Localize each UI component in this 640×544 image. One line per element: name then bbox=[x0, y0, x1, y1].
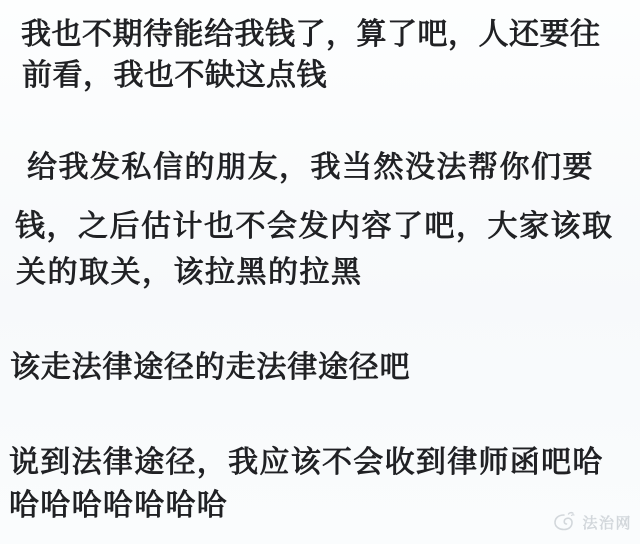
post-text-screenshot: 我也不期待能给我钱了，算了吧，人还要往 前看，我也不缺这点钱 给我发私信的朋友，… bbox=[0, 0, 640, 544]
post-text-line: 该走法律途径的走法律途径吧 bbox=[10, 352, 410, 384]
post-text-line: 说到法律途径，我应该不会收到律师函吧哈 bbox=[9, 447, 604, 479]
post-text-line: 给我发私信的朋友，我当然没法帮你们要 bbox=[27, 152, 594, 184]
post-text-line: 钱，之后估计也不会发内容了吧，大家该取 bbox=[15, 211, 614, 243]
post-text-line: 前看，我也不缺这点钱 bbox=[22, 60, 327, 92]
fazhiwang-logo-icon bbox=[551, 510, 577, 534]
watermark-label: 法治网 bbox=[582, 512, 632, 533]
post-text-line: 哈哈哈哈哈哈哈 bbox=[9, 490, 228, 522]
post-text-line: 我也不期待能给我钱了，算了吧，人还要往 bbox=[21, 19, 601, 51]
post-text-line: 关的取关，该拉黑的拉黑 bbox=[16, 257, 363, 289]
watermark: 法治网 bbox=[551, 510, 632, 534]
